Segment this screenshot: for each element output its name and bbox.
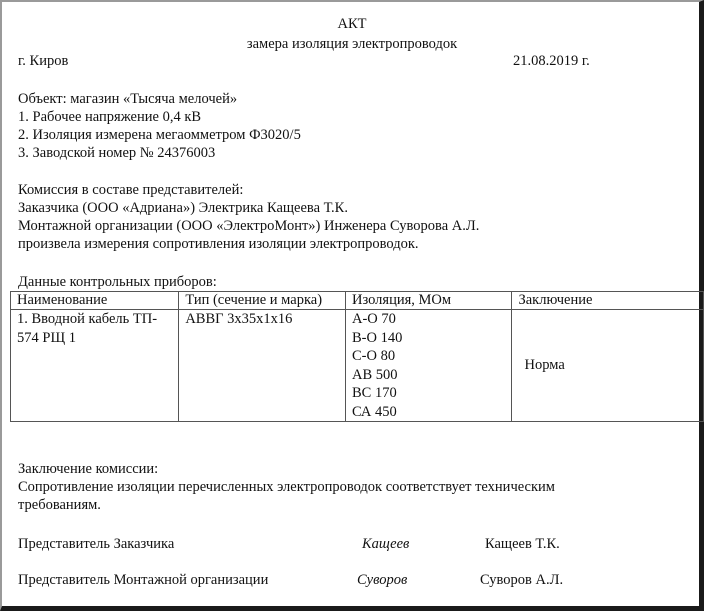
insulation-value: В-О 140 xyxy=(352,329,506,348)
instruments-table: Наименование Тип (сечение и марка) Изоля… xyxy=(10,291,704,422)
cell-text: 574 РЩ 1 xyxy=(17,329,172,348)
commission-line: Заказчика (ООО «Адриана») Электрика Каще… xyxy=(18,199,348,217)
column-header: Изоляция, МОм xyxy=(345,292,512,310)
signature-name: Кащеев Т.К. xyxy=(485,535,560,553)
object-name: Объект: магазин «Тысяча мелочей» xyxy=(18,90,237,108)
signature: Кащеев xyxy=(362,535,409,553)
column-header: Тип (сечение и марка) xyxy=(179,292,346,310)
insulation-value: ВС 170 xyxy=(352,384,506,403)
cell-insulation: А-О 70 В-О 140 С-О 80 АВ 500 ВС 170 СА 4… xyxy=(345,310,512,422)
city: г. Киров xyxy=(18,52,68,70)
column-header: Заключение xyxy=(512,292,704,310)
instruments-heading: Данные контрольных приборов: xyxy=(18,273,217,291)
document-subtitle: замера изоляция электропроводок xyxy=(0,35,704,53)
cell-type: АВВГ 3x35x1x16 xyxy=(179,310,346,422)
insulation-value: СА 450 xyxy=(352,403,506,422)
object-item: 1. Рабочее напряжение 0,4 кВ xyxy=(18,108,201,126)
signature-role: Представитель Монтажной организации xyxy=(18,571,268,589)
signature-role: Представитель Заказчика xyxy=(18,535,174,553)
insulation-value: С-О 80 xyxy=(352,347,506,366)
insulation-value: А-О 70 xyxy=(352,310,506,329)
cell-conclusion: Норма xyxy=(512,310,704,422)
insulation-value: АВ 500 xyxy=(352,366,506,385)
signature: Суворов xyxy=(357,571,407,589)
table-row: 1. Вводной кабель ТП- 574 РЩ 1 АВВГ 3x35… xyxy=(11,310,704,422)
date: 21.08.2019 г. xyxy=(513,52,590,70)
conclusion-heading: Заключение комиссии: xyxy=(18,460,158,478)
column-header: Наименование xyxy=(11,292,179,310)
signature-name: Суворов А.Л. xyxy=(480,571,563,589)
commission-heading: Комиссия в составе представителей: xyxy=(18,181,243,199)
commission-line: Монтажной организации (ООО «ЭлектроМонт»… xyxy=(18,217,479,235)
document-title: АКТ xyxy=(0,15,704,33)
conclusion-line: требованиям. xyxy=(18,496,101,514)
conclusion-line: Сопротивление изоляции перечисленных эле… xyxy=(18,478,555,496)
object-item: 2. Изоляция измерена мегаомметром Ф3020/… xyxy=(18,126,301,144)
table-header-row: Наименование Тип (сечение и марка) Изоля… xyxy=(11,292,704,310)
commission-line: произвела измерения сопротивления изоляц… xyxy=(18,235,419,253)
cell-text: 1. Вводной кабель ТП- xyxy=(17,310,172,329)
cell-name: 1. Вводной кабель ТП- 574 РЩ 1 xyxy=(11,310,179,422)
object-item: 3. Заводской номер № 24376003 xyxy=(18,144,215,162)
